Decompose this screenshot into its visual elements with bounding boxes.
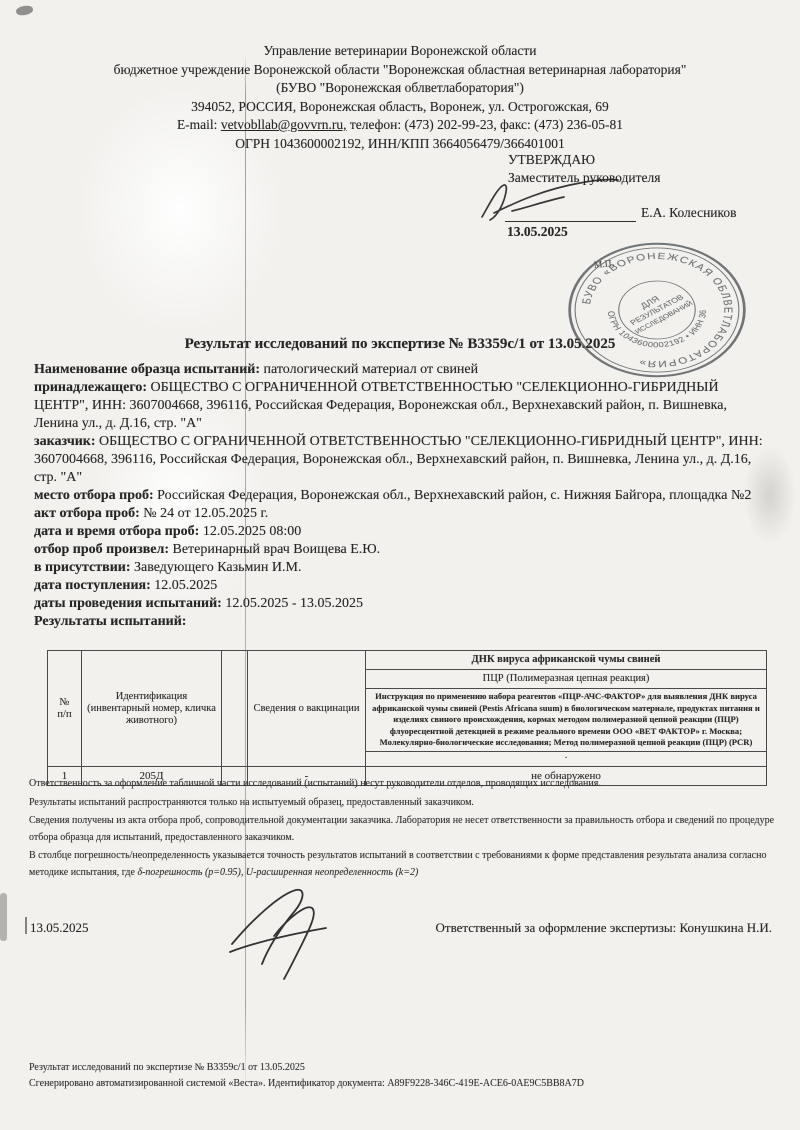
detail-line: заказчик: ОБЩЕСТВО С ОГРАНИЧЕННОЙ ОТВЕТС…: [34, 433, 772, 487]
footer-generated-id: Сгенерировано автоматизированной системо…: [29, 1076, 769, 1092]
approval-date: 13.05.2025: [507, 224, 568, 240]
responsible-person: Ответственный за оформление экспертизы: …: [352, 920, 772, 936]
col-header-identification: Идентификация (инвентарный номер, кличка…: [82, 651, 222, 767]
col-header-number: № п/п: [48, 651, 82, 767]
footnote: В столбце погрешность/неопределенность у…: [29, 848, 777, 881]
letterhead: Управление ветеринарии Воронежской облас…: [0, 42, 800, 153]
footnote: Сведения получены из акта отбора проб, с…: [29, 813, 777, 846]
col-header-unit: ·: [366, 752, 767, 767]
detail-line: даты проведения испытаний: 12.05.2025 - …: [34, 595, 772, 613]
sample-details: Наименование образца испытаний: патологи…: [34, 361, 772, 631]
email-label: E-mail:: [177, 117, 218, 132]
scan-smudge: [15, 5, 33, 17]
results-section-label: Результаты испытаний:: [34, 613, 772, 631]
org-address: 394052, РОССИЯ, Воронежская область, Вор…: [0, 98, 800, 117]
round-stamp-icon: БУВО «ВОРОНЕЖСКАЯ ОБЛВЕТЛАБОРАТОРИЯ» ОГР…: [566, 241, 748, 379]
footnotes: Ответственность за оформление табличной …: [29, 776, 777, 883]
approval-title: УТВЕРЖДАЮ: [508, 152, 595, 168]
col-header-target-dna: ДНК вируса африканской чумы свиней: [366, 651, 767, 670]
col-header-method-detail: Инструкция по применению набора реагенто…: [366, 689, 767, 752]
footnote: Результаты испытаний распространяются то…: [29, 795, 777, 812]
col-header-vaccination: Сведения о вакцинации: [248, 651, 366, 767]
org-name: Управление ветеринарии Воронежской облас…: [0, 42, 800, 61]
org-short-name: (БУВО "Воронежская облветлаборатория"): [0, 79, 800, 98]
col-header-empty: [222, 651, 248, 767]
document-footer: Результат исследований по экспертизе № В…: [29, 1060, 769, 1091]
detail-line: в присутствии: Заведующего Казьмин И.М.: [34, 559, 772, 577]
scanned-document-page: Управление ветеринарии Воронежской облас…: [0, 0, 800, 1130]
detail-line: принадлежащего: ОБЩЕСТВО С ОГРАНИЧЕННОЙ …: [34, 379, 772, 433]
footnote: Ответственность за оформление табличной …: [29, 776, 777, 793]
col-header-method: ПЦР (Полимеразная цепная реакция): [366, 670, 767, 689]
approver-signature-icon: [468, 173, 646, 223]
org-ogrn-inn: ОГРН 1043600002192, ИНН/КПП 3664056479/3…: [0, 135, 800, 154]
org-contacts: E-mail: vetvobllab@govvrn.ru, телефон: (…: [0, 116, 800, 135]
detail-line: дата поступления: 12.05.2025: [34, 577, 772, 595]
email-link[interactable]: vetvobllab@govvrn.ru,: [221, 117, 347, 132]
org-full-name: бюджетное учреждение Воронежской области…: [0, 61, 800, 80]
scan-smudge: [25, 917, 27, 934]
executor-signature-icon: [222, 882, 354, 982]
scan-smudge: [0, 893, 7, 941]
results-table: № п/п Идентификация (инвентарный номер, …: [47, 650, 767, 786]
phone-fax: телефон: (473) 202-99-23, факс: (473) 23…: [350, 117, 623, 132]
approver-name: Е.А. Колесников: [641, 205, 737, 221]
detail-line: акт отбора проб: № 24 от 12.05.2025 г.: [34, 505, 772, 523]
detail-line: дата и время отбора проб: 12.05.2025 08:…: [34, 523, 772, 541]
signoff-date: 13.05.2025: [30, 920, 89, 936]
detail-line: место отбора проб: Российская Федерация,…: [34, 487, 772, 505]
detail-line: отбор проб произвел: Ветеринарный врач В…: [34, 541, 772, 559]
footer-expertise-ref: Результат исследований по экспертизе № В…: [29, 1060, 769, 1076]
